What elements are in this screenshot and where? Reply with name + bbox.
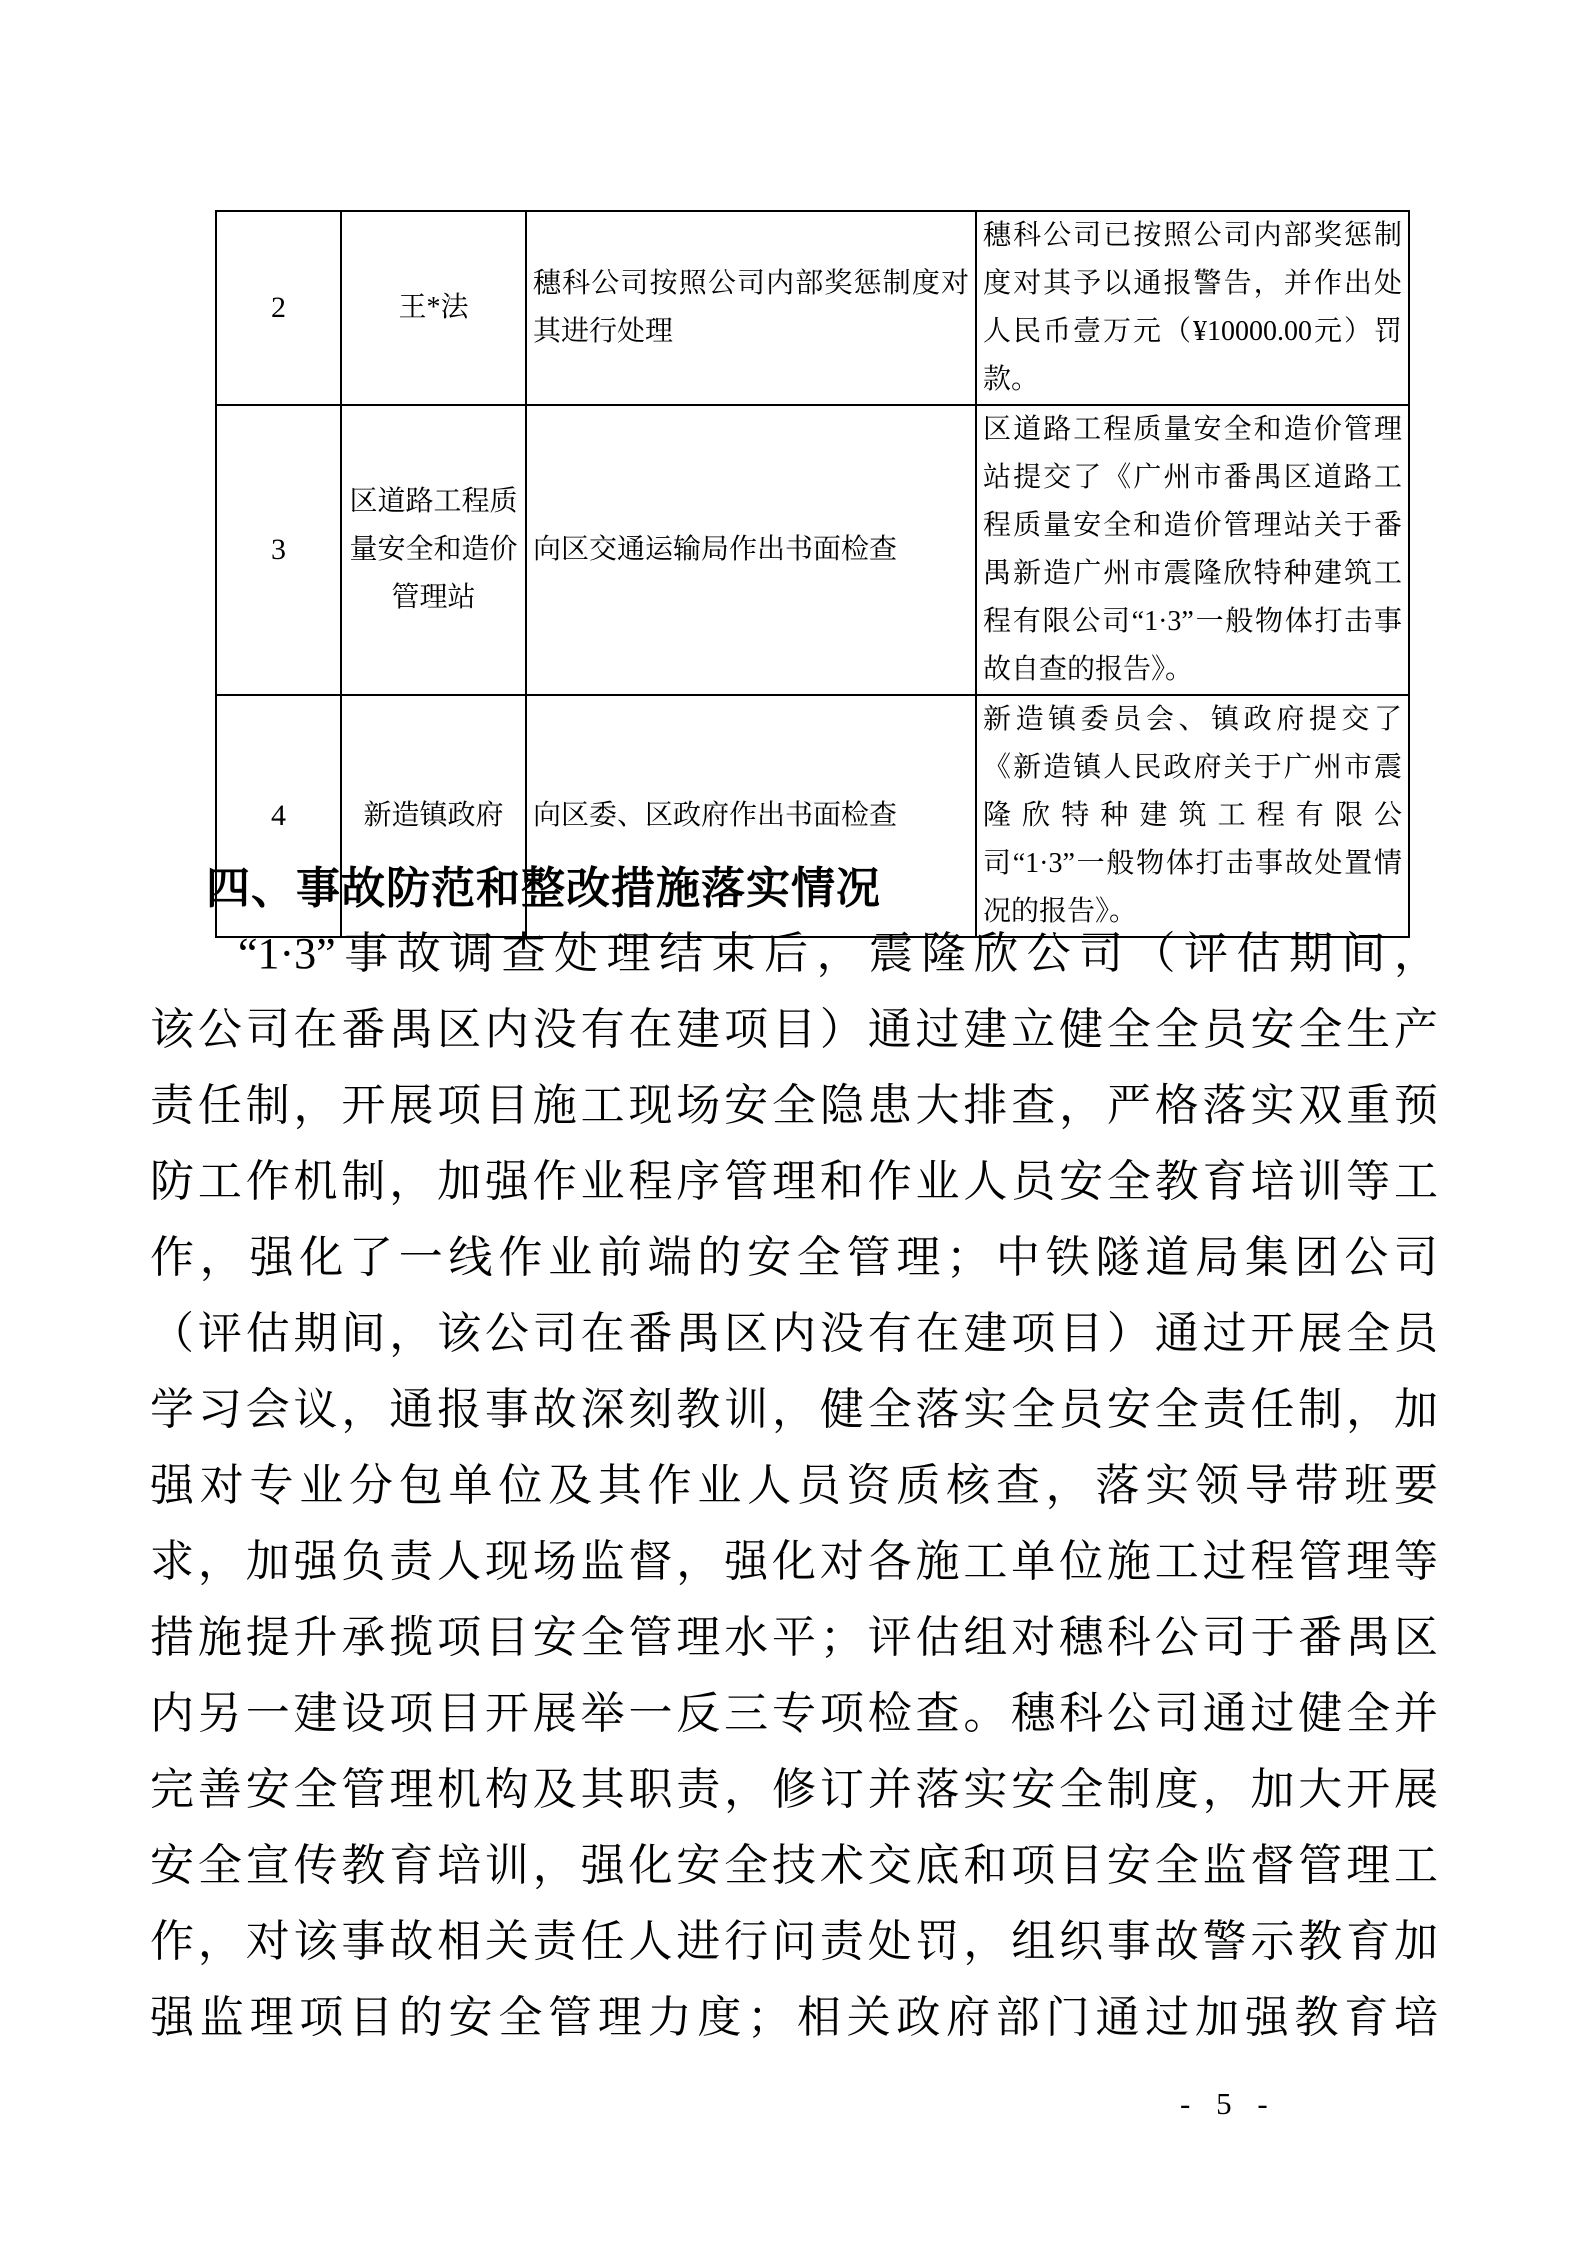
body-line: 内另一建设项目开展举一反三专项检查。穗科公司通过健全并	[150, 1676, 1438, 1752]
body-line: （评估期间，该公司在番禺区内没有在建项目）通过开展全员	[150, 1296, 1438, 1372]
responsible-unit-cell: 区道路工程质量安全和造价管理站	[341, 405, 526, 695]
punishment-table: 2 王*法 穗科公司按照公司内部奖惩制度对其进行处理 穗科公司已按照公司内部奖惩…	[215, 210, 1410, 938]
body-line: “1·3”事故调查处理结束后，震隆欣公司（评估期间，	[150, 916, 1438, 992]
body-line: 作，强化了一线作业前端的安全管理；中铁隧道局集团公司	[150, 1220, 1438, 1296]
body-paragraph: “1·3”事故调查处理结束后，震隆欣公司（评估期间， 该公司在番禺区内没有在建项…	[150, 916, 1438, 2056]
section-heading: 四、事故防范和整改措施落实情况	[150, 858, 1440, 920]
row-number-cell: 2	[216, 211, 341, 405]
page-number: - 5 -	[1180, 2086, 1270, 2122]
body-line: 该公司在番禺区内没有在建项目）通过建立健全全员安全生产	[150, 992, 1438, 1068]
body-line: 完善安全管理机构及其职责，修订并落实安全制度，加大开展	[150, 1752, 1438, 1828]
body-line: 防工作机制，加强作业程序管理和作业人员安全教育培训等工	[150, 1144, 1438, 1220]
body-line: 作，对该事故相关责任人进行问责处罚，组织事故警示教育加	[150, 1904, 1438, 1980]
body-line: 措施提升承揽项目安全管理水平；评估组对穗科公司于番禺区	[150, 1600, 1438, 1676]
body-line: 强监理项目的安全管理力度；相关政府部门通过加强教育培	[150, 1980, 1438, 2056]
document-page: 2 王*法 穗科公司按照公司内部奖惩制度对其进行处理 穗科公司已按照公司内部奖惩…	[0, 0, 1588, 2245]
table-row: 3 区道路工程质量安全和造价管理站 向区交通运输局作出书面检查 区道路工程质量安…	[216, 405, 1409, 695]
body-line: 学习会议，通报事故深刻教训，健全落实全员安全责任制，加	[150, 1372, 1438, 1448]
body-line: 求，加强负责人现场监督，强化对各施工单位施工过程管理等	[150, 1524, 1438, 1600]
measure-cell: 穗科公司按照公司内部奖惩制度对其进行处理	[526, 211, 976, 405]
result-cell: 穗科公司已按照公司内部奖惩制度对其予以通报警告，并作出处人民币壹万元（¥1000…	[976, 211, 1409, 405]
body-line: 责任制，开展项目施工现场安全隐患大排查，严格落实双重预	[150, 1068, 1438, 1144]
result-cell: 区道路工程质量安全和造价管理站提交了《广州市番禺区道路工程质量安全和造价管理站关…	[976, 405, 1409, 695]
body-line: 安全宣传教育培训，强化安全技术交底和项目安全监督管理工	[150, 1828, 1438, 1904]
body-line: 强对专业分包单位及其作业人员资质核查，落实领导带班要	[150, 1448, 1438, 1524]
responsible-unit-cell: 王*法	[341, 211, 526, 405]
table-row: 2 王*法 穗科公司按照公司内部奖惩制度对其进行处理 穗科公司已按照公司内部奖惩…	[216, 211, 1409, 405]
measure-cell: 向区交通运输局作出书面检查	[526, 405, 976, 695]
row-number-cell: 3	[216, 405, 341, 695]
